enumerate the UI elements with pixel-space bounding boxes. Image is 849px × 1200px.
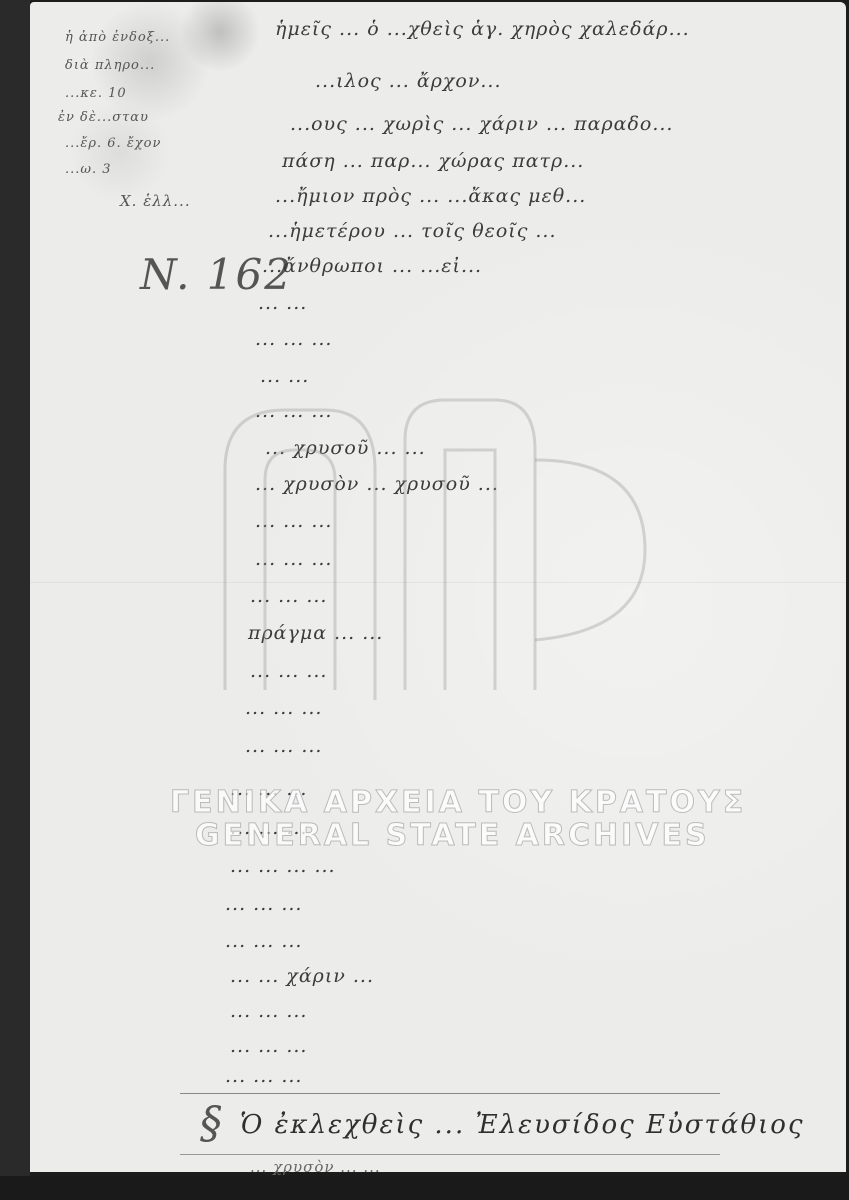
body-line: ... ... ...: [230, 1000, 307, 1022]
signature: Ὁ ἐκλεχθεὶς ... Ἐλευσίδος Εὐστάθιος: [240, 1110, 805, 1140]
watermark-text-english: GENERAL STATE ARCHIVES: [195, 818, 710, 853]
body-line: ... ...: [260, 365, 309, 387]
scan-border: [0, 0, 30, 1200]
margin-note-line: ...ἔρ. 6. ἔχον: [65, 136, 161, 151]
margin-note-line: ...ω. 3: [65, 162, 112, 177]
body-line: ἡμεῖς ... ὁ ...χθεὶς ἁγ. χηρὸς χαλεδάρ..…: [275, 18, 690, 40]
body-line: ...ἡμετέρου ... τοῖς θεοῖς ...: [268, 220, 557, 242]
signature-subline: ... χρυσὸν ... ...: [250, 1158, 381, 1176]
body-line: ... ... ...: [225, 930, 302, 952]
body-line: ... ... ...: [230, 1035, 307, 1057]
body-line: ... ... ... ...: [230, 855, 336, 877]
archive-logo-watermark: [205, 390, 655, 720]
body-line: ...ἤμιον πρὸς ... ...ἄκας μεθ...: [275, 185, 586, 207]
body-line: ... ... ...: [255, 328, 332, 350]
body-line: ... ...: [258, 292, 307, 314]
margin-note-line: Χ. ἑλλ...: [120, 192, 191, 210]
body-line: ... ... ...: [245, 735, 322, 757]
body-line: ... ... χάριν ...: [230, 965, 374, 987]
margin-note-line: ...κε. 10: [65, 86, 127, 101]
body-line: ...ους ... χωρὶς ... χάριν ... παραδο...: [290, 113, 673, 135]
margin-note-line: διὰ πληρο...: [65, 58, 155, 73]
scan-border-bottom: [0, 1176, 849, 1200]
body-line: ...ἄνθρωποι ... ...εἰ...: [262, 255, 482, 277]
margin-note-line: ἡ ἀπὸ ἐνδοξ...: [65, 30, 170, 45]
watermark-text-greek: ΓΕΝΙΚΑ ΑΡΧΕΙΑ ΤΟΥ ΚΡΑΤΟΥΣ: [170, 785, 746, 820]
body-line: ... ... ...: [225, 893, 302, 915]
body-line: πάση ... παρ... χώρας πατρ...: [282, 150, 584, 172]
body-line: ... ... ...: [225, 1065, 302, 1087]
margin-note-line: ἐν δὲ...σταυ: [58, 110, 149, 125]
body-line: ...ιλος ... ἄρχον...: [315, 70, 502, 92]
signature-flourish-icon: §: [200, 1098, 222, 1149]
